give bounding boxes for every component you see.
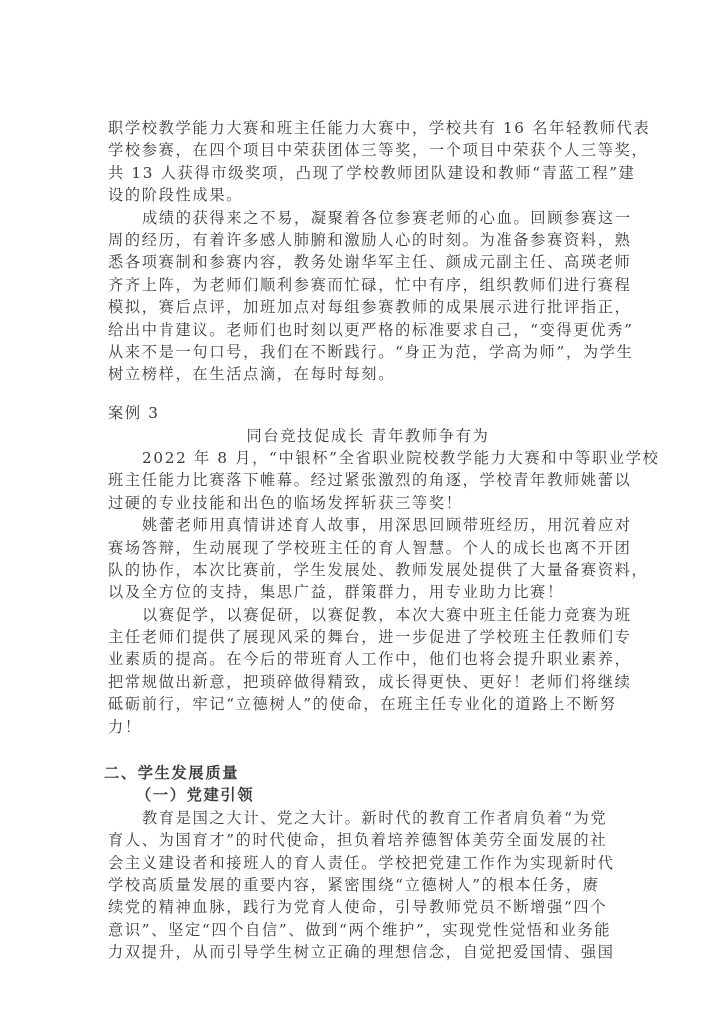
text-line: 职学校教学能力大赛和班主任能力大赛中，学校共有 16 名年轻教师代表 bbox=[108, 117, 592, 139]
text-line: 育人、为国育才”的时代使命，担负着培养德智体美劳全面发展的社 bbox=[108, 829, 592, 851]
text-line: 主任老师们提供了展现风采的舞台，进一步促进了学校班主任教师们专 bbox=[108, 626, 592, 648]
text-line: 会主义建设者和接班人的育人责任。学校把党建工作作为实现新时代 bbox=[108, 852, 592, 874]
text-line: 以赛促学，以赛促研，以赛促教，本次大赛中班主任能力竞赛为班 bbox=[108, 604, 592, 626]
text-line: 学校高质量发展的重要内容，紧密围绕“立德树人”的根本任务，赓 bbox=[108, 874, 592, 896]
spacer bbox=[108, 738, 592, 762]
text-line: 学校参赛，在四个项目中荣获团体三等奖，一个项目中荣获个人三等奖， bbox=[108, 139, 592, 161]
text-line: 赛场答辩，生动展现了学校班主任的育人智慧。个人的成长也离不开团 bbox=[108, 537, 592, 559]
text-line: 模拟，赛后点评，加班加点对每组参赛教师的成果展示进行批评指正， bbox=[108, 296, 592, 318]
section-heading: 二、学生发展质量 bbox=[104, 762, 592, 784]
text-line: 续党的精神血脉，践行为党育人使命，引导教师党员不断增强“四个 bbox=[108, 896, 592, 918]
text-line: 把常规做出新意，把琐碎做得精致，成长得更快、更好！老师们将继续 bbox=[108, 671, 592, 693]
text-line: 教育是国之大计、党之大计。新时代的教育工作者肩负着“为党 bbox=[108, 807, 592, 829]
subsection-heading: （一）党建引领 bbox=[108, 784, 592, 806]
case-title: 同台竞技促成长 青年教师争有为 bbox=[108, 425, 592, 447]
paragraph-achievement-effort: 成绩的获得来之不易，凝聚着各位参赛老师的心血。回顾参赛这一 周的经历，有着许多感… bbox=[108, 207, 592, 386]
text-line: 力！ bbox=[108, 716, 592, 738]
text-line: 共 13 人获得市级奖项，凸现了学校教师团队建设和教师“青蓝工程”建 bbox=[108, 162, 592, 184]
text-line: 周的经历，有着许多感人肺腑和激励人心的时刻。为准备参赛资料，熟 bbox=[108, 229, 592, 251]
text-line: 成绩的获得来之不易，凝聚着各位参赛老师的心血。回顾参赛这一 bbox=[108, 207, 592, 229]
text-line: 队的协作，本次比赛前，学生发展处、教师发展处提供了大量备赛资料， bbox=[108, 559, 592, 581]
text-line: 齐齐上阵，为老师们顺利参赛而忙碌，忙中有序，组织教师们进行赛程 bbox=[108, 274, 592, 296]
text-line: 从来不是一句口号，我们在不断践行。“身正为范，学高为师”，为学生 bbox=[108, 341, 592, 363]
paragraph-competition-results: 职学校教学能力大赛和班主任能力大赛中，学校共有 16 名年轻教师代表 学校参赛，… bbox=[108, 117, 592, 207]
paragraph-party-leadership: 教育是国之大计、党之大计。新时代的教育工作者肩负着“为党 育人、为国育才”的时代… bbox=[108, 807, 592, 964]
text-line: 悉各项赛制和参赛内容，教务处谢华军主任、颜成元副主任、高瑛老师 bbox=[108, 251, 592, 273]
paragraph-teacher-story: 姚蕾老师用真情讲述育人故事，用深思回顾带班经历，用沉着应对 赛场答辩，生动展现了… bbox=[108, 514, 592, 604]
text-line: 以及全方位的支持，集思广益，群策群力，用专业助力比赛！ bbox=[108, 581, 592, 603]
case-label: 案例 3 bbox=[108, 402, 592, 424]
text-line: 给出中肯建议。老师们也时刻以更严格的标准要求自己，“变得更优秀” bbox=[108, 319, 592, 341]
text-line: 姚蕾老师用真情讲述育人故事，用深思回顾带班经历，用沉着应对 bbox=[108, 514, 592, 536]
text-line: 2022 年 8 月，“中银杯”全省职业院校教学能力大赛和中等职业学校 bbox=[108, 447, 592, 469]
text-line: 意识”、坚定“四个自信”、做到“两个维护”，实现党性觉悟和业务能 bbox=[108, 919, 592, 941]
text-line: 力双提升，从而引导学生树立正确的理想信念，自觉把爱国情、强国 bbox=[108, 941, 592, 963]
paragraph-competition-significance: 以赛促学，以赛促研，以赛促教，本次大赛中班主任能力竞赛为班 主任老师们提供了展现… bbox=[108, 604, 592, 738]
text-line: 过硬的专业技能和出色的临场发挥斩获三等奖！ bbox=[108, 492, 592, 514]
text-line: 设的阶段性成果。 bbox=[108, 184, 592, 206]
document-page: 职学校教学能力大赛和班主任能力大赛中，学校共有 16 名年轻教师代表 学校参赛，… bbox=[108, 117, 592, 964]
paragraph-competition-news: 2022 年 8 月，“中银杯”全省职业院校教学能力大赛和中等职业学校 班主任能… bbox=[108, 447, 592, 514]
text-line: 班主任能力比赛落下帷幕。经过紧张激烈的角逐，学校青年教师姚蕾以 bbox=[108, 469, 592, 491]
text-line: 砥砺前行，牢记“立德树人”的使命，在班主任专业化的道路上不断努 bbox=[108, 693, 592, 715]
spacer bbox=[108, 386, 592, 403]
text-line: 树立榜样，在生活点滴，在每时每刻。 bbox=[108, 363, 592, 385]
text-line: 业素质的提高。在今后的带班育人工作中，他们也将会提升职业素养， bbox=[108, 648, 592, 670]
